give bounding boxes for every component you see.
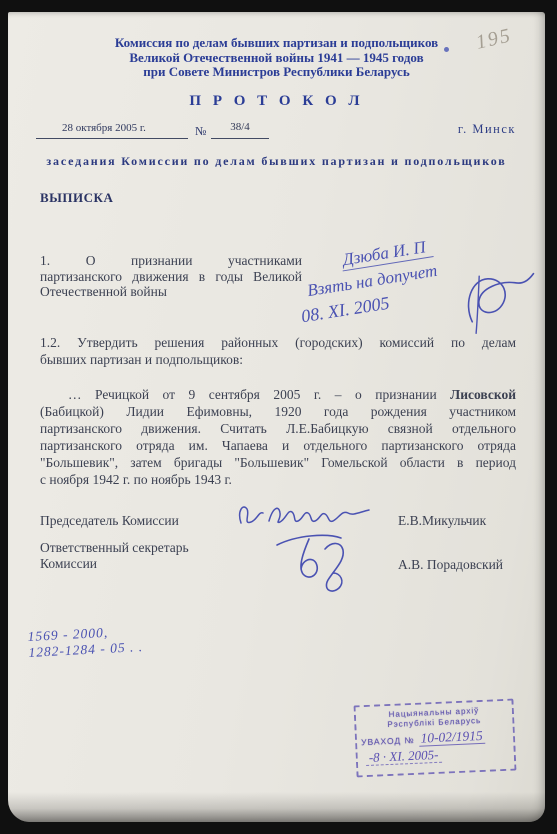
extract-heading: ВЫПИСКА — [40, 190, 113, 206]
protocol-number: 38/4 — [211, 121, 269, 133]
agenda-item-1-line: Отечественной войны — [40, 284, 302, 300]
archival-notes: 1569 - 2000, 1282-1284 - 05 . . — [27, 623, 143, 661]
resolution-line: партизанского движения. Считать Л.Е.Баби… — [40, 420, 516, 437]
org-name-line-2: Великой Отечественной войны 1941 — 1945 … — [8, 51, 545, 66]
agenda-item-1-2: 1.2. Утвердить решения районных (городск… — [40, 334, 516, 368]
date-underline — [36, 138, 188, 139]
handwritten-annotation: Дзюба И. П Взять на допучет 08. ХІ. 2005 — [292, 218, 541, 330]
city-label: г. Минск — [388, 122, 516, 137]
resolution-line: … Речицкой от 9 сентября 2005 г. – о при… — [40, 386, 516, 403]
scan-background: { "colors": { "letterhead_blue": "#2b3d9… — [0, 0, 557, 834]
chairman-name: Е.В.Микульчик — [398, 513, 518, 529]
annotation-signature-flourish — [455, 261, 544, 337]
resolution-line: (Бабицкой) Лидии Ефимовны, 1920 года рож… — [40, 403, 516, 420]
secretary-signature — [271, 529, 361, 597]
resolution-paragraph: … Речицкой от 9 сентября 2005 г. – о при… — [40, 386, 516, 488]
archive-entry-stamp: Нацыянальны архіў Рэспублікі Беларусь УВ… — [354, 699, 517, 778]
agenda-item-1-line: партизанского движения в годы Великой — [40, 269, 302, 285]
secretary-label: Ответственный секретарь Комиссии — [40, 540, 220, 571]
org-name-line-1: Комиссия по делам бывших партизан и подп… — [8, 36, 545, 51]
chairman-label: Председатель Комиссии — [40, 513, 179, 529]
stamp-entry-number: 10-02/1915 — [418, 728, 485, 747]
stamp-entry-label: УВАХОД № — [361, 735, 415, 747]
agenda-item-1-line: 1. О признании участниками — [40, 253, 302, 269]
number-underline — [211, 138, 269, 139]
agenda-item-1-2-line: 1.2. Утвердить решения районных (городск… — [40, 334, 516, 351]
org-name-line-3: при Совете Министров Республики Беларусь — [8, 65, 545, 80]
protocol-date: 28 октября 2005 г. — [62, 122, 202, 134]
letterhead: Комиссия по делам бывших партизан и подп… — [8, 36, 545, 80]
session-subtitle: заседания Комиссии по делам бывших парти… — [8, 154, 545, 169]
resolution-line: партизанского отряда им. Чапаева и отдел… — [40, 437, 516, 454]
protocol-title: П Р О Т О К О Л — [8, 93, 545, 110]
agenda-item-1-2-line: бывших партизан и подпольщиков: — [40, 351, 516, 368]
resolution-line: с ноября 1942 г. по ноябрь 1943 г. — [40, 471, 516, 488]
number-label: № — [195, 124, 206, 139]
resolution-line: "Большевик", затем бригады "Большевик" Г… — [40, 454, 516, 471]
recognized-person-name: Лисовской — [450, 387, 516, 402]
paper: 195 Комиссия по делам бывших партизан и … — [8, 12, 545, 822]
agenda-item-1: 1. О признании участниками партизанского… — [40, 253, 302, 300]
secretary-name: А.В. Порадовский — [398, 557, 523, 573]
